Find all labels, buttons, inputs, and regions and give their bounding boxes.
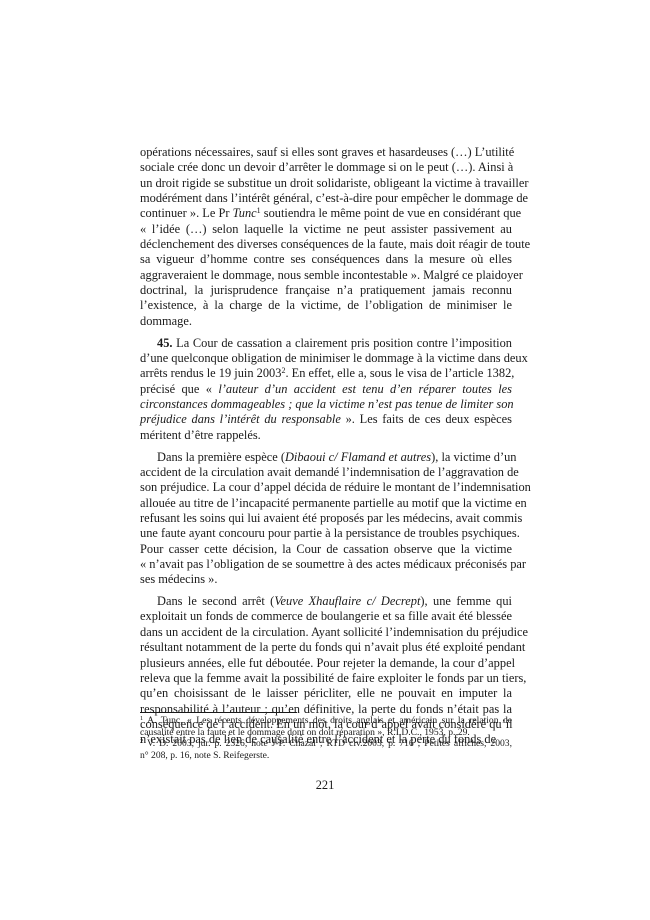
- text-run: ses médecins ».: [140, 572, 217, 586]
- footnote-line: causalité entre la faute et le dommage d…: [140, 727, 512, 739]
- text-line: ses médecins ».: [140, 572, 512, 587]
- text-run: doctrinal, la jurisprudence française n’…: [140, 283, 512, 297]
- text-run: d’une quelconque obligation de minimiser…: [140, 351, 528, 365]
- text-run: ), la victime d’un: [431, 450, 516, 464]
- text-line: arrêts rendus le 19 juin 20032. En effet…: [140, 366, 512, 381]
- text-line: déclenchement des diverses conséquences …: [140, 237, 512, 252]
- text-run: déclenchement des diverses conséquences …: [140, 237, 530, 251]
- text-line: aggraveraient le dommage, nous semble in…: [140, 268, 512, 283]
- italic-text: Dibaoui c/ Flamand et autres: [285, 450, 431, 464]
- italic-text: circonstances dommageables ; que la vict…: [140, 397, 514, 411]
- text-run: aggraveraient le dommage, nous semble in…: [140, 268, 523, 282]
- text-run: refusant les soins qui lui avaient été p…: [140, 511, 522, 525]
- text-run: causalité entre la faute et le dommage d…: [140, 727, 470, 738]
- text-run: V. D. 2003, jur. p. 2326, note J-P. Chaz…: [143, 738, 512, 749]
- text-run: opérations nécessaires, sauf si elles so…: [140, 145, 514, 159]
- text-line: doctrinal, la jurisprudence française n’…: [140, 283, 512, 298]
- text-line: opérations nécessaires, sauf si elles so…: [140, 145, 512, 160]
- footnote-1: 1 A. Tunc, « Les récents développements …: [140, 715, 512, 738]
- text-run: continuer ». Le Pr: [140, 206, 233, 220]
- text-line: son préjudice. La cour d’appel décida de…: [140, 480, 512, 495]
- footnotes: 1 A. Tunc, « Les récents développements …: [140, 715, 512, 761]
- text-run: . En effet, elle a, sous le visa de l’ar…: [285, 366, 514, 380]
- text-run: La Cour de cassation a clairement pris p…: [173, 336, 513, 350]
- text-run: sociale crée donc un devoir d’arrêter le…: [140, 160, 513, 174]
- text-run: releva que la femme avait la possibilité…: [140, 671, 526, 685]
- footnote-line: 1 A. Tunc, « Les récents développements …: [140, 715, 512, 727]
- text-line: « n’avait pas l’obligation de se soumett…: [140, 557, 512, 572]
- text-run: soutiendra le même point de vue en consi…: [261, 206, 521, 220]
- text-line: dommage.: [140, 314, 512, 329]
- text-line: l’existence, à la charge de la victime, …: [140, 298, 512, 313]
- text-run: méritent d’être rappelés.: [140, 428, 261, 442]
- text-line: résultant notamment de la perte du fonds…: [140, 640, 512, 655]
- text-line: Pour casser cette décision, la Cour de c…: [140, 542, 512, 557]
- text-line: accident de la circulation avait demandé…: [140, 465, 512, 480]
- text-line: releva que la femme avait la possibilité…: [140, 671, 512, 686]
- italic-text: préjudice dans l’intérêt du responsable: [140, 412, 341, 426]
- text-run: Dans la première espèce (: [157, 450, 285, 464]
- footnote-line: n° 208, p. 16, note S. Reifegerste.: [140, 750, 512, 762]
- text-line: sociale crée donc un devoir d’arrêter le…: [140, 160, 512, 175]
- text-run: Pour casser cette décision, la Cour de c…: [140, 542, 512, 556]
- text-run: exploitait un fonds de commerce de boula…: [140, 609, 512, 623]
- text-line: exploitait un fonds de commerce de boula…: [140, 609, 512, 624]
- paragraph-premiere-espece: Dans la première espèce (Dibaoui c/ Flam…: [140, 450, 512, 588]
- text-line: précisé que « l’auteur d’un accident est…: [140, 382, 512, 397]
- text-run: précisé que «: [140, 382, 218, 396]
- text-line: « l’idée (…) selon laquelle la victime n…: [140, 222, 512, 237]
- text-line: méritent d’être rappelés.: [140, 428, 512, 443]
- text-run: modérément dans l’intérêt général, c’est…: [140, 191, 528, 205]
- text-line: refusant les soins qui lui avaient été p…: [140, 511, 512, 526]
- text-run: A. Tunc, « Les récents développements de…: [143, 715, 512, 726]
- italic-text: Veuve Xhauflaire c/ Decrept: [274, 594, 420, 608]
- text-line: Dans la première espèce (Dibaoui c/ Flam…: [140, 450, 512, 465]
- text-run: un droit rigide se substitue un droit so…: [140, 176, 529, 190]
- text-run: ), une femme qui: [420, 594, 512, 608]
- text-run: n° 208, p. 16, note S. Reifegerste.: [140, 750, 269, 761]
- italic-text: l’auteur d’un accident est tenu d’en rép…: [218, 382, 512, 396]
- text-run: sa vigueur d’homme contre ses conséquenc…: [140, 252, 512, 266]
- document-page: opérations nécessaires, sauf si elles so…: [0, 0, 650, 920]
- text-run: dans un accident de la circulation. Ayan…: [140, 625, 528, 639]
- body-text: opérations nécessaires, sauf si elles so…: [140, 145, 512, 754]
- footnote-separator: [140, 712, 297, 713]
- text-run: Dans le second arrêt (: [157, 594, 274, 608]
- italic-text: Tunc: [233, 206, 257, 220]
- text-run: une faute ayant concouru pour partie à l…: [140, 526, 520, 540]
- text-line: une faute ayant concouru pour partie à l…: [140, 526, 512, 541]
- text-line: 45. La Cour de cassation a clairement pr…: [140, 336, 512, 351]
- text-line: Dans le second arrêt (Veuve Xhauflaire c…: [140, 594, 512, 609]
- section-number: 45.: [157, 336, 173, 350]
- text-line: dans un accident de la circulation. Ayan…: [140, 625, 512, 640]
- text-run: l’existence, à la charge de la victime, …: [140, 298, 512, 312]
- text-run: dommage.: [140, 314, 192, 328]
- text-run: allouée au titre de l’incapacité permane…: [140, 496, 527, 510]
- text-line: qu’en choisissant de le laisser périclit…: [140, 686, 512, 701]
- paragraph-continuation: opérations nécessaires, sauf si elles so…: [140, 145, 512, 329]
- paragraph-45: 45. La Cour de cassation a clairement pr…: [140, 336, 512, 443]
- page-number: 221: [0, 778, 650, 793]
- text-run: responsabilité à l’auteur ; qu’en défini…: [140, 702, 512, 716]
- text-run: son préjudice. La cour d’appel décida de…: [140, 480, 531, 494]
- text-run: arrêts rendus le 19 juin 2003: [140, 366, 281, 380]
- text-line: plusieurs années, elle fut déboutée. Pou…: [140, 656, 512, 671]
- text-line: sa vigueur d’homme contre ses conséquenc…: [140, 252, 512, 267]
- text-run: accident de la circulation avait demandé…: [140, 465, 519, 479]
- text-run: résultant notamment de la perte du fonds…: [140, 640, 525, 654]
- text-run: plusieurs années, elle fut déboutée. Pou…: [140, 656, 515, 670]
- text-run: qu’en choisissant de le laisser périclit…: [140, 686, 512, 700]
- text-line: d’une quelconque obligation de minimiser…: [140, 351, 512, 366]
- footnote-2: 2 V. D. 2003, jur. p. 2326, note J-P. Ch…: [140, 738, 512, 761]
- text-line: circonstances dommageables ; que la vict…: [140, 397, 512, 412]
- text-line: préjudice dans l’intérêt du responsable …: [140, 412, 512, 427]
- text-run: « l’idée (…) selon laquelle la victime n…: [140, 222, 512, 236]
- text-line: modérément dans l’intérêt général, c’est…: [140, 191, 512, 206]
- text-run: ». Les faits de ces deux espèces: [341, 412, 512, 426]
- text-line: un droit rigide se substitue un droit so…: [140, 176, 512, 191]
- text-line: continuer ». Le Pr Tunc1 soutiendra le m…: [140, 206, 512, 221]
- text-run: « n’avait pas l’obligation de se soumett…: [140, 557, 526, 571]
- footnote-line: 2 V. D. 2003, jur. p. 2326, note J-P. Ch…: [140, 738, 512, 750]
- text-line: allouée au titre de l’incapacité permane…: [140, 496, 512, 511]
